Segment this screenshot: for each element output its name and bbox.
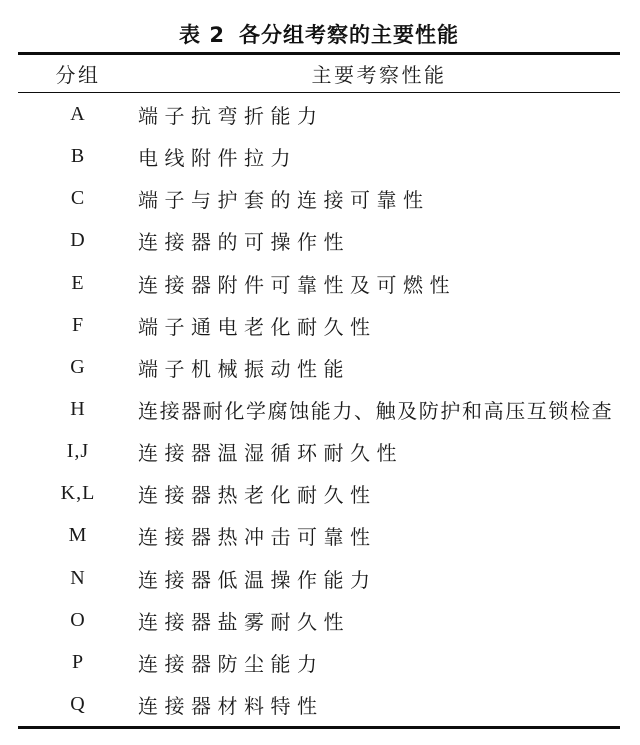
table-row: N连接器低温操作能力 <box>18 557 620 599</box>
group-cell: G <box>18 356 138 379</box>
performance-cell: 连接器温湿循环耐久性 <box>138 437 620 466</box>
group-cell: B <box>18 145 138 168</box>
group-cell: H <box>18 398 138 421</box>
table-row: G端子机械振动性能 <box>18 346 620 388</box>
group-cell: A <box>18 103 138 126</box>
performance-cell: 端子抗弯折能力 <box>138 100 620 129</box>
performance-cell: 连接器的可操作性 <box>138 226 620 255</box>
table-row: D连接器的可操作性 <box>18 220 620 262</box>
column-header-performance: 主要考察性能 <box>138 59 620 88</box>
table-row: E连接器附件可靠性及可燃性 <box>18 262 620 304</box>
performance-cell: 连接器附件可靠性及可燃性 <box>138 269 620 298</box>
table-row: F端子通电老化耐久性 <box>18 304 620 346</box>
table-body: A端子抗弯折能力B电线附件拉力C端子与护套的连接可靠性D连接器的可操作性E连接器… <box>18 94 620 726</box>
group-cell: I,J <box>18 440 138 463</box>
table-header-row: 分组 主要考察性能 <box>18 55 620 91</box>
column-header-group: 分组 <box>18 59 138 88</box>
group-cell: M <box>18 524 138 547</box>
group-cell: N <box>18 567 138 590</box>
document-page: 表 2各分组考察的主要性能 分组 主要考察性能 A端子抗弯折能力B电线附件拉力C… <box>0 0 640 745</box>
group-cell: Q <box>18 693 138 716</box>
performance-cell: 连接器盐雾耐久性 <box>138 606 620 635</box>
performance-cell: 端子与护套的连接可靠性 <box>138 184 620 213</box>
table-row: A端子抗弯折能力 <box>18 94 620 136</box>
group-cell: K,L <box>18 482 138 505</box>
group-cell: D <box>18 229 138 252</box>
table-row: K,L连接器热老化耐久性 <box>18 473 620 515</box>
performance-cell: 端子通电老化耐久性 <box>138 311 620 340</box>
table-row: B电线附件拉力 <box>18 136 620 178</box>
performance-cell: 端子机械振动性能 <box>138 353 620 382</box>
group-cell: E <box>18 272 138 295</box>
table-row: I,J连接器温湿循环耐久性 <box>18 431 620 473</box>
group-cell: P <box>18 651 138 674</box>
performance-cell: 连接器材料特性 <box>138 690 620 719</box>
table-title-text: 各分组考察的主要性能 <box>239 23 459 47</box>
table-row: P连接器防尘能力 <box>18 641 620 683</box>
group-cell: C <box>18 187 138 210</box>
group-cell: F <box>18 314 138 337</box>
table-number: 表 2 <box>179 23 225 47</box>
table-row: O连接器盐雾耐久性 <box>18 599 620 641</box>
table-row: C端子与护套的连接可靠性 <box>18 178 620 220</box>
table-bottom-rule <box>18 726 620 729</box>
table-row: M连接器热冲击可靠性 <box>18 515 620 557</box>
table-row: H连接器耐化学腐蚀能力、触及防护和高压互锁检查 <box>18 388 620 430</box>
group-cell: O <box>18 609 138 632</box>
performance-cell: 连接器耐化学腐蚀能力、触及防护和高压互锁检查 <box>138 395 620 424</box>
table-row: Q连接器材料特性 <box>18 683 620 725</box>
table-title: 表 2各分组考察的主要性能 <box>18 19 620 49</box>
performance-cell: 连接器低温操作能力 <box>138 564 620 593</box>
performance-cell: 电线附件拉力 <box>138 142 620 171</box>
performance-cell: 连接器热老化耐久性 <box>138 479 620 508</box>
performance-cell: 连接器热冲击可靠性 <box>138 521 620 550</box>
performance-cell: 连接器防尘能力 <box>138 648 620 677</box>
